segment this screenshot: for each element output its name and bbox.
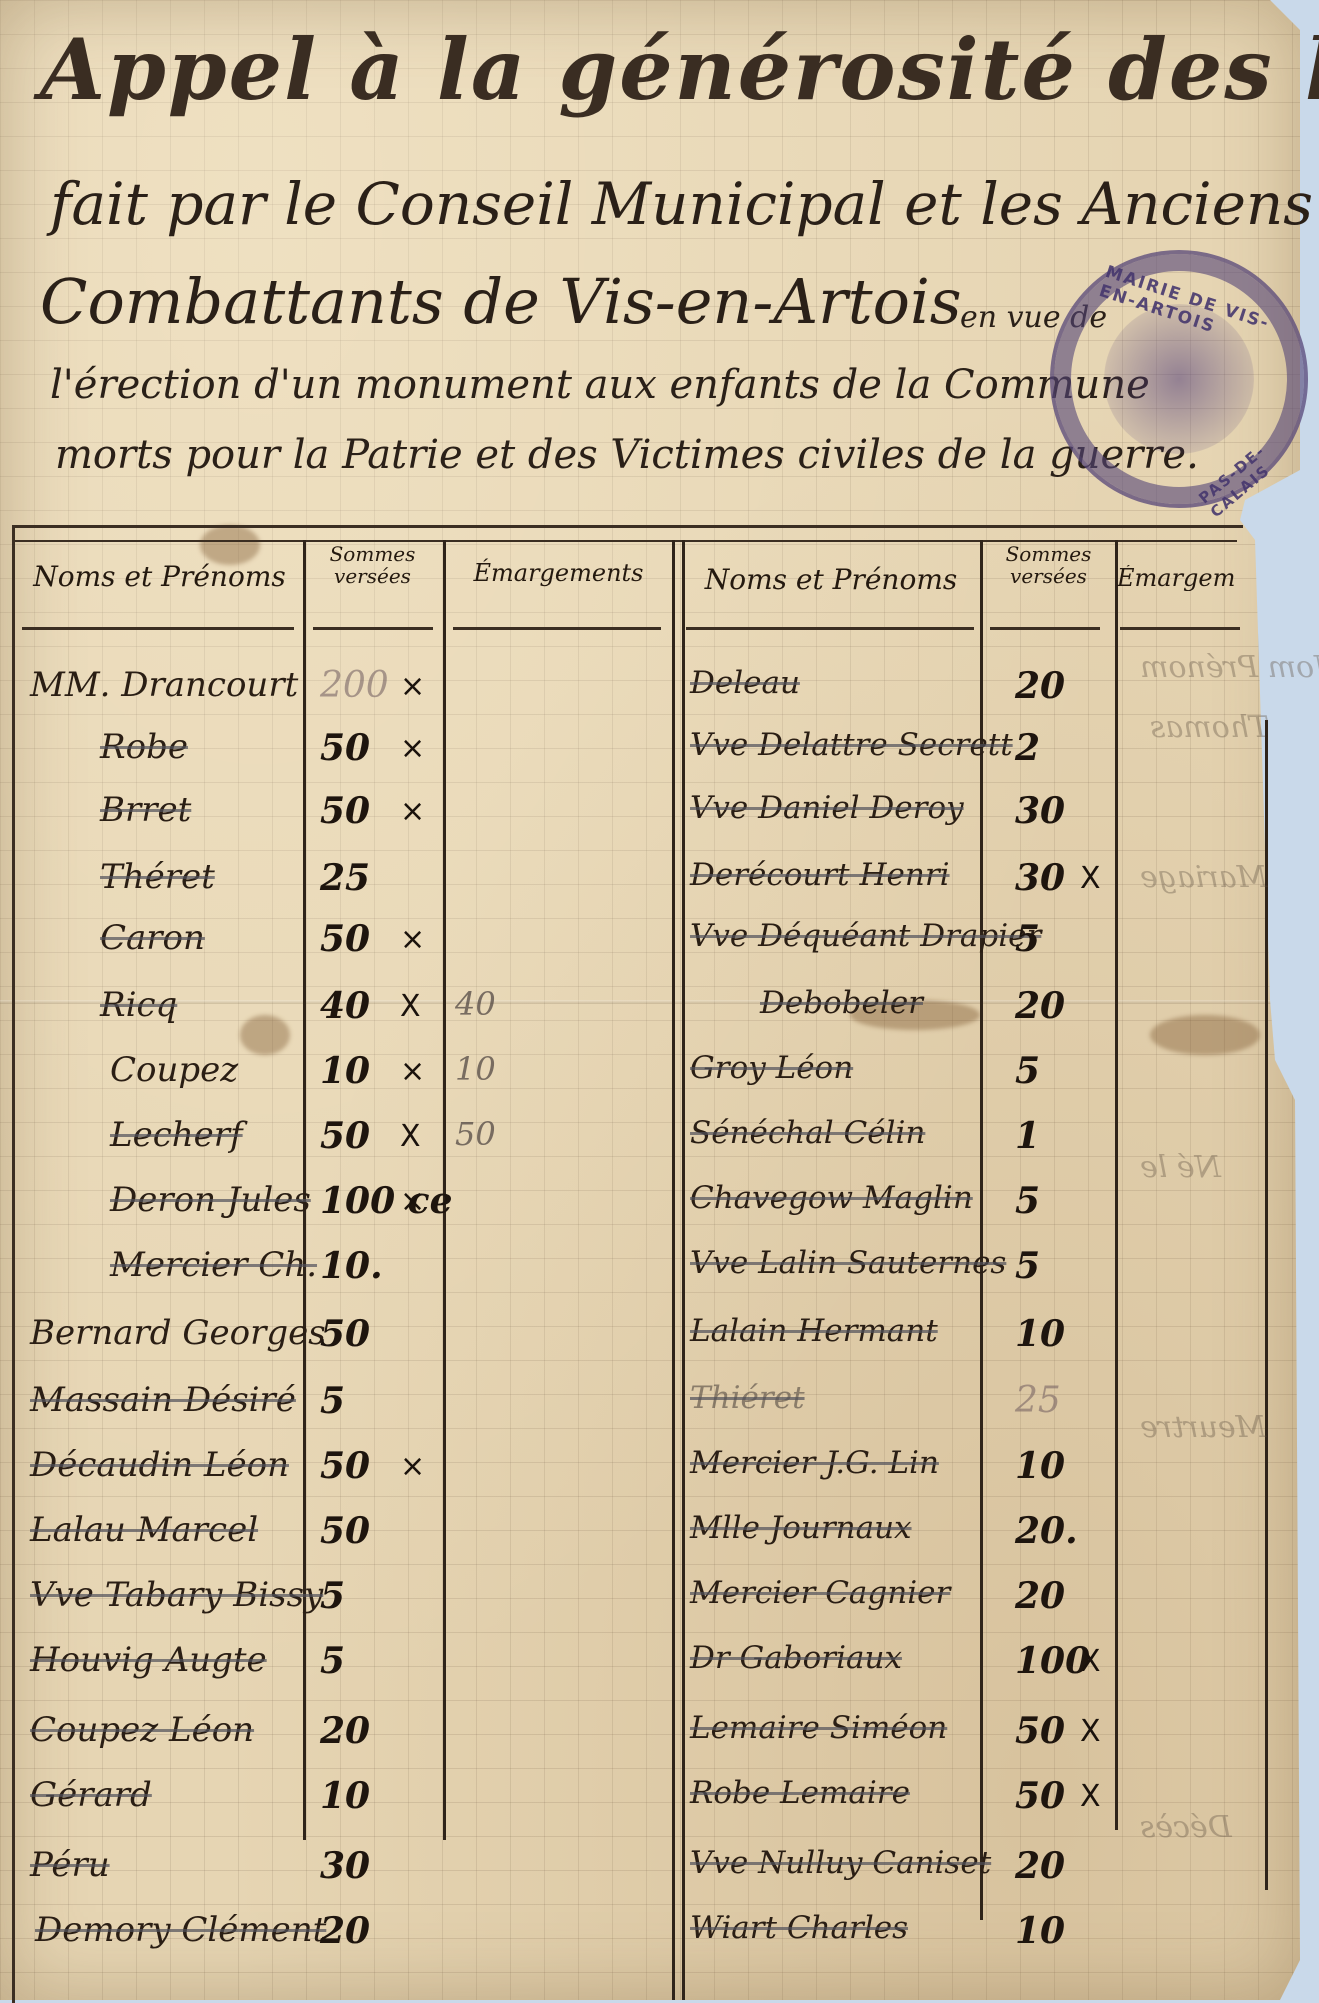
bleed-through-text: Décès — [1140, 1810, 1232, 1845]
amount-paid: 20 — [1015, 1575, 1065, 1617]
header-underline — [453, 627, 661, 630]
table-row: Mercier J.G. Lin 10 — [0, 1445, 1240, 1505]
title-line-2: fait par le Conseil Municipal et les Anc… — [50, 170, 1313, 238]
amount-paid: 20 — [1015, 1845, 1065, 1887]
table-row: Vve Déquéant Drapier 5 — [0, 918, 1240, 978]
column-divider — [1265, 720, 1268, 1890]
subscriber-name: Lalain Hermant — [690, 1313, 938, 1349]
subscriber-name: Groy Léon — [690, 1050, 853, 1086]
table-row: Groy Léon 5 — [0, 1050, 1240, 1110]
header-underline — [22, 627, 294, 630]
header-names-right: Noms et Prénoms — [686, 565, 976, 596]
bleed-through-text: Meurtre — [1140, 1410, 1266, 1445]
check-mark: X — [1080, 1779, 1101, 1814]
subscriber-name: Vve Déquéant Drapier — [690, 918, 1041, 954]
table-row: Thiéret 25 — [0, 1380, 1240, 1440]
subscriber-name: Mlle Journaux — [690, 1510, 912, 1546]
header-sums-line1: Sommes — [982, 543, 1115, 565]
table-row: Vve Lalin Sauternes 5 — [0, 1245, 1240, 1305]
subscriber-name: Thiéret — [690, 1380, 805, 1416]
header-underline — [686, 627, 974, 630]
table-row: Wiart Charles 10 — [0, 1910, 1240, 1970]
amount-paid: 10 — [1015, 1313, 1065, 1355]
amount-paid: 25 — [1015, 1380, 1061, 1421]
subscriber-name: Sénéchal Célin — [690, 1115, 925, 1151]
table-row: Dr Gaboriaux 100 X — [0, 1640, 1240, 1700]
subscriber-name: Vve Daniel Deroy — [690, 790, 964, 826]
amount-paid: 30 — [1015, 790, 1065, 832]
table-row: Chavegow Maglin 5 — [0, 1180, 1240, 1240]
header-names: Noms et Prénoms — [22, 562, 297, 593]
amount-paid: 2 — [1015, 727, 1040, 769]
table-row: Mlle Journaux 20. — [0, 1510, 1240, 1570]
subscriber-name: Derécourt Henri — [690, 857, 950, 893]
table-row: Vve Delattre Secrett 2 — [0, 727, 1240, 787]
table-row: Vve Nulluy Caniset 20 — [0, 1845, 1240, 1905]
table-row: Sénéchal Célin 1 — [0, 1115, 1240, 1175]
bleed-through-text: Né le — [1140, 1150, 1221, 1185]
bleed-through-text: Mariage — [1140, 860, 1267, 895]
table-row: Debobeler 20 — [0, 985, 1240, 1045]
table-row: Robe Lemaire 50 X — [0, 1775, 1240, 1835]
table-row: Mercier Cagnier 20 — [0, 1575, 1240, 1635]
subscriber-name: Mercier J.G. Lin — [690, 1445, 939, 1481]
header-sums-right: Sommes versées — [982, 543, 1115, 587]
amount-paid: 50 — [1015, 1775, 1065, 1817]
header-underline — [990, 627, 1100, 630]
subscriber-name: Dr Gaboriaux — [690, 1640, 902, 1676]
header-sums-line2: versées — [305, 565, 440, 587]
table-row: Vve Daniel Deroy 30 — [0, 790, 1240, 850]
table-row: Deleau 20 — [0, 665, 1240, 725]
amount-paid: 5 — [1015, 1245, 1040, 1287]
subscriber-name: Debobeler — [760, 985, 923, 1021]
bleed-through-text: Nom Prénom — [1140, 650, 1319, 685]
header-sums-line1: Sommes — [305, 543, 440, 565]
subscriber-name: Lemaire Siméon — [690, 1710, 947, 1746]
subscriber-name: Chavegow Maglin — [690, 1180, 973, 1216]
amount-paid: 20. — [1015, 1510, 1078, 1552]
header-sums-line2: versées — [982, 565, 1115, 587]
amount-paid: 5 — [1015, 918, 1040, 960]
amount-paid: 5 — [1015, 1050, 1040, 1092]
table-row: Lemaire Siméon 50 X — [0, 1710, 1240, 1770]
title-line-5: morts pour la Patrie et des Victimes civ… — [55, 432, 1199, 478]
subscriber-name: Mercier Cagnier — [690, 1575, 950, 1611]
amount-paid: 20 — [1015, 665, 1065, 707]
header-underline — [313, 627, 433, 630]
table-row: Lalain Hermant 10 — [0, 1313, 1240, 1373]
amount-paid: 10 — [1015, 1910, 1065, 1952]
subscriber-name: Vve Nulluy Caniset — [690, 1845, 991, 1881]
table-row: Derécourt Henri 30 X — [0, 857, 1240, 917]
subscriber-name: Vve Delattre Secrett — [690, 727, 1013, 763]
subscriber-name: Robe Lemaire — [690, 1775, 910, 1811]
amount-paid: 20 — [1015, 985, 1065, 1027]
amount-paid: 50 — [1015, 1710, 1065, 1752]
title-line-4: l'érection d'un monument aux enfants de … — [50, 362, 1150, 408]
check-mark: X — [1080, 861, 1101, 896]
amount-paid: 30 — [1015, 857, 1065, 899]
title-line-3: Combattants de Vis-en-Artois — [40, 265, 962, 338]
check-mark: X — [1080, 1644, 1101, 1679]
check-mark: X — [1080, 1714, 1101, 1749]
amount-paid: 1 — [1015, 1115, 1040, 1157]
mairie-stamp: MAIRIE DE VIS-EN-ARTOIS PAS-DE-CALAIS — [1050, 250, 1308, 508]
subscriber-name: Wiart Charles — [690, 1910, 908, 1946]
amount-paid: 5 — [1015, 1180, 1040, 1222]
amount-paid: 100 — [1015, 1640, 1090, 1682]
header-signatures-right: Émargem — [1117, 565, 1237, 591]
amount-paid: 10 — [1015, 1445, 1065, 1487]
subscriber-name: Deleau — [690, 665, 800, 701]
header-underline — [1120, 627, 1240, 630]
header-sums: Sommes versées — [305, 543, 440, 587]
header-signatures: Émargements — [446, 560, 671, 586]
bleed-through-text: Thomas — [1150, 710, 1269, 745]
subscriber-name: Vve Lalin Sauternes — [690, 1245, 1006, 1281]
title-line-1: Appel à la générosité des habitants — [40, 20, 1319, 119]
